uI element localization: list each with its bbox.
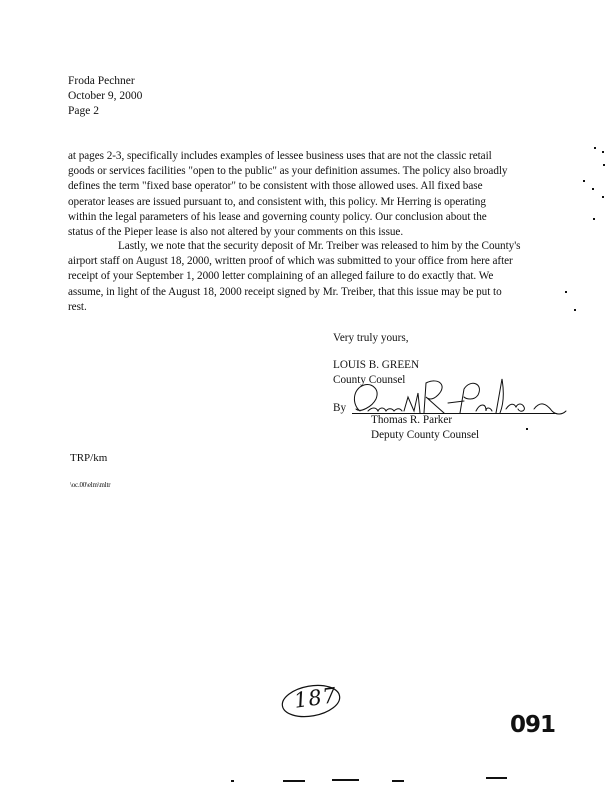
scan-artifact xyxy=(332,779,359,781)
text-line: airport staff on August 18, 2000, writte… xyxy=(68,254,520,269)
signer-title: Deputy County Counsel xyxy=(371,428,479,443)
scan-artifact xyxy=(392,780,404,782)
text-line: at pages 2-3, specifically includes exam… xyxy=(68,149,507,164)
scan-artifact xyxy=(565,291,567,293)
text-line: rest. xyxy=(68,300,520,315)
scan-artifact xyxy=(231,780,234,782)
signer-name: Thomas R. Parker xyxy=(371,413,479,428)
scan-artifact xyxy=(602,196,604,198)
text-line: operator leases are issued pursuant to, … xyxy=(68,195,507,210)
bates-page-mark: 091 xyxy=(510,712,555,738)
text-line: Lastly, we note that the security deposi… xyxy=(68,239,520,254)
recipient-name: Froda Pechner xyxy=(68,74,142,89)
file-code: \oc.00\elm\mltr xyxy=(70,481,110,489)
scan-artifact xyxy=(592,188,594,190)
text-line: within the legal parameters of his lease… xyxy=(68,210,507,225)
letter-header: Froda Pechner October 9, 2000 Page 2 xyxy=(68,74,142,119)
text-line: status of the Pieper lease is also not a… xyxy=(68,225,507,240)
scan-artifact xyxy=(593,218,595,220)
scan-artifact xyxy=(526,428,528,430)
letter-date: October 9, 2000 xyxy=(68,89,142,104)
scan-artifact xyxy=(486,777,507,779)
page-number: Page 2 xyxy=(68,104,142,119)
closing-salutation: Very truly yours, xyxy=(333,331,409,346)
counsel-name: LOUIS B. GREEN xyxy=(333,358,419,373)
signer-block: Thomas R. Parker Deputy County Counsel xyxy=(371,413,479,443)
text-line: defines the term "fixed base operator" t… xyxy=(68,179,507,194)
scan-artifact xyxy=(603,164,605,166)
scan-artifact xyxy=(594,147,596,149)
scan-artifact xyxy=(583,180,585,182)
text-line: assume, in light of the August 18, 2000 … xyxy=(68,285,520,300)
paragraph-security-deposit: Lastly, we note that the security deposi… xyxy=(68,239,520,315)
text-line: goods or services facilities "open to th… xyxy=(68,164,507,179)
text-line: receipt of your September 1, 2000 letter… xyxy=(68,269,520,284)
scan-artifact xyxy=(574,309,576,311)
scan-artifact xyxy=(602,151,604,153)
typist-initials: TRP/km xyxy=(70,452,107,464)
scan-artifact xyxy=(283,780,305,782)
paragraph-policy: at pages 2-3, specifically includes exam… xyxy=(68,149,507,240)
handwritten-page-stamp: 187 xyxy=(280,681,342,726)
